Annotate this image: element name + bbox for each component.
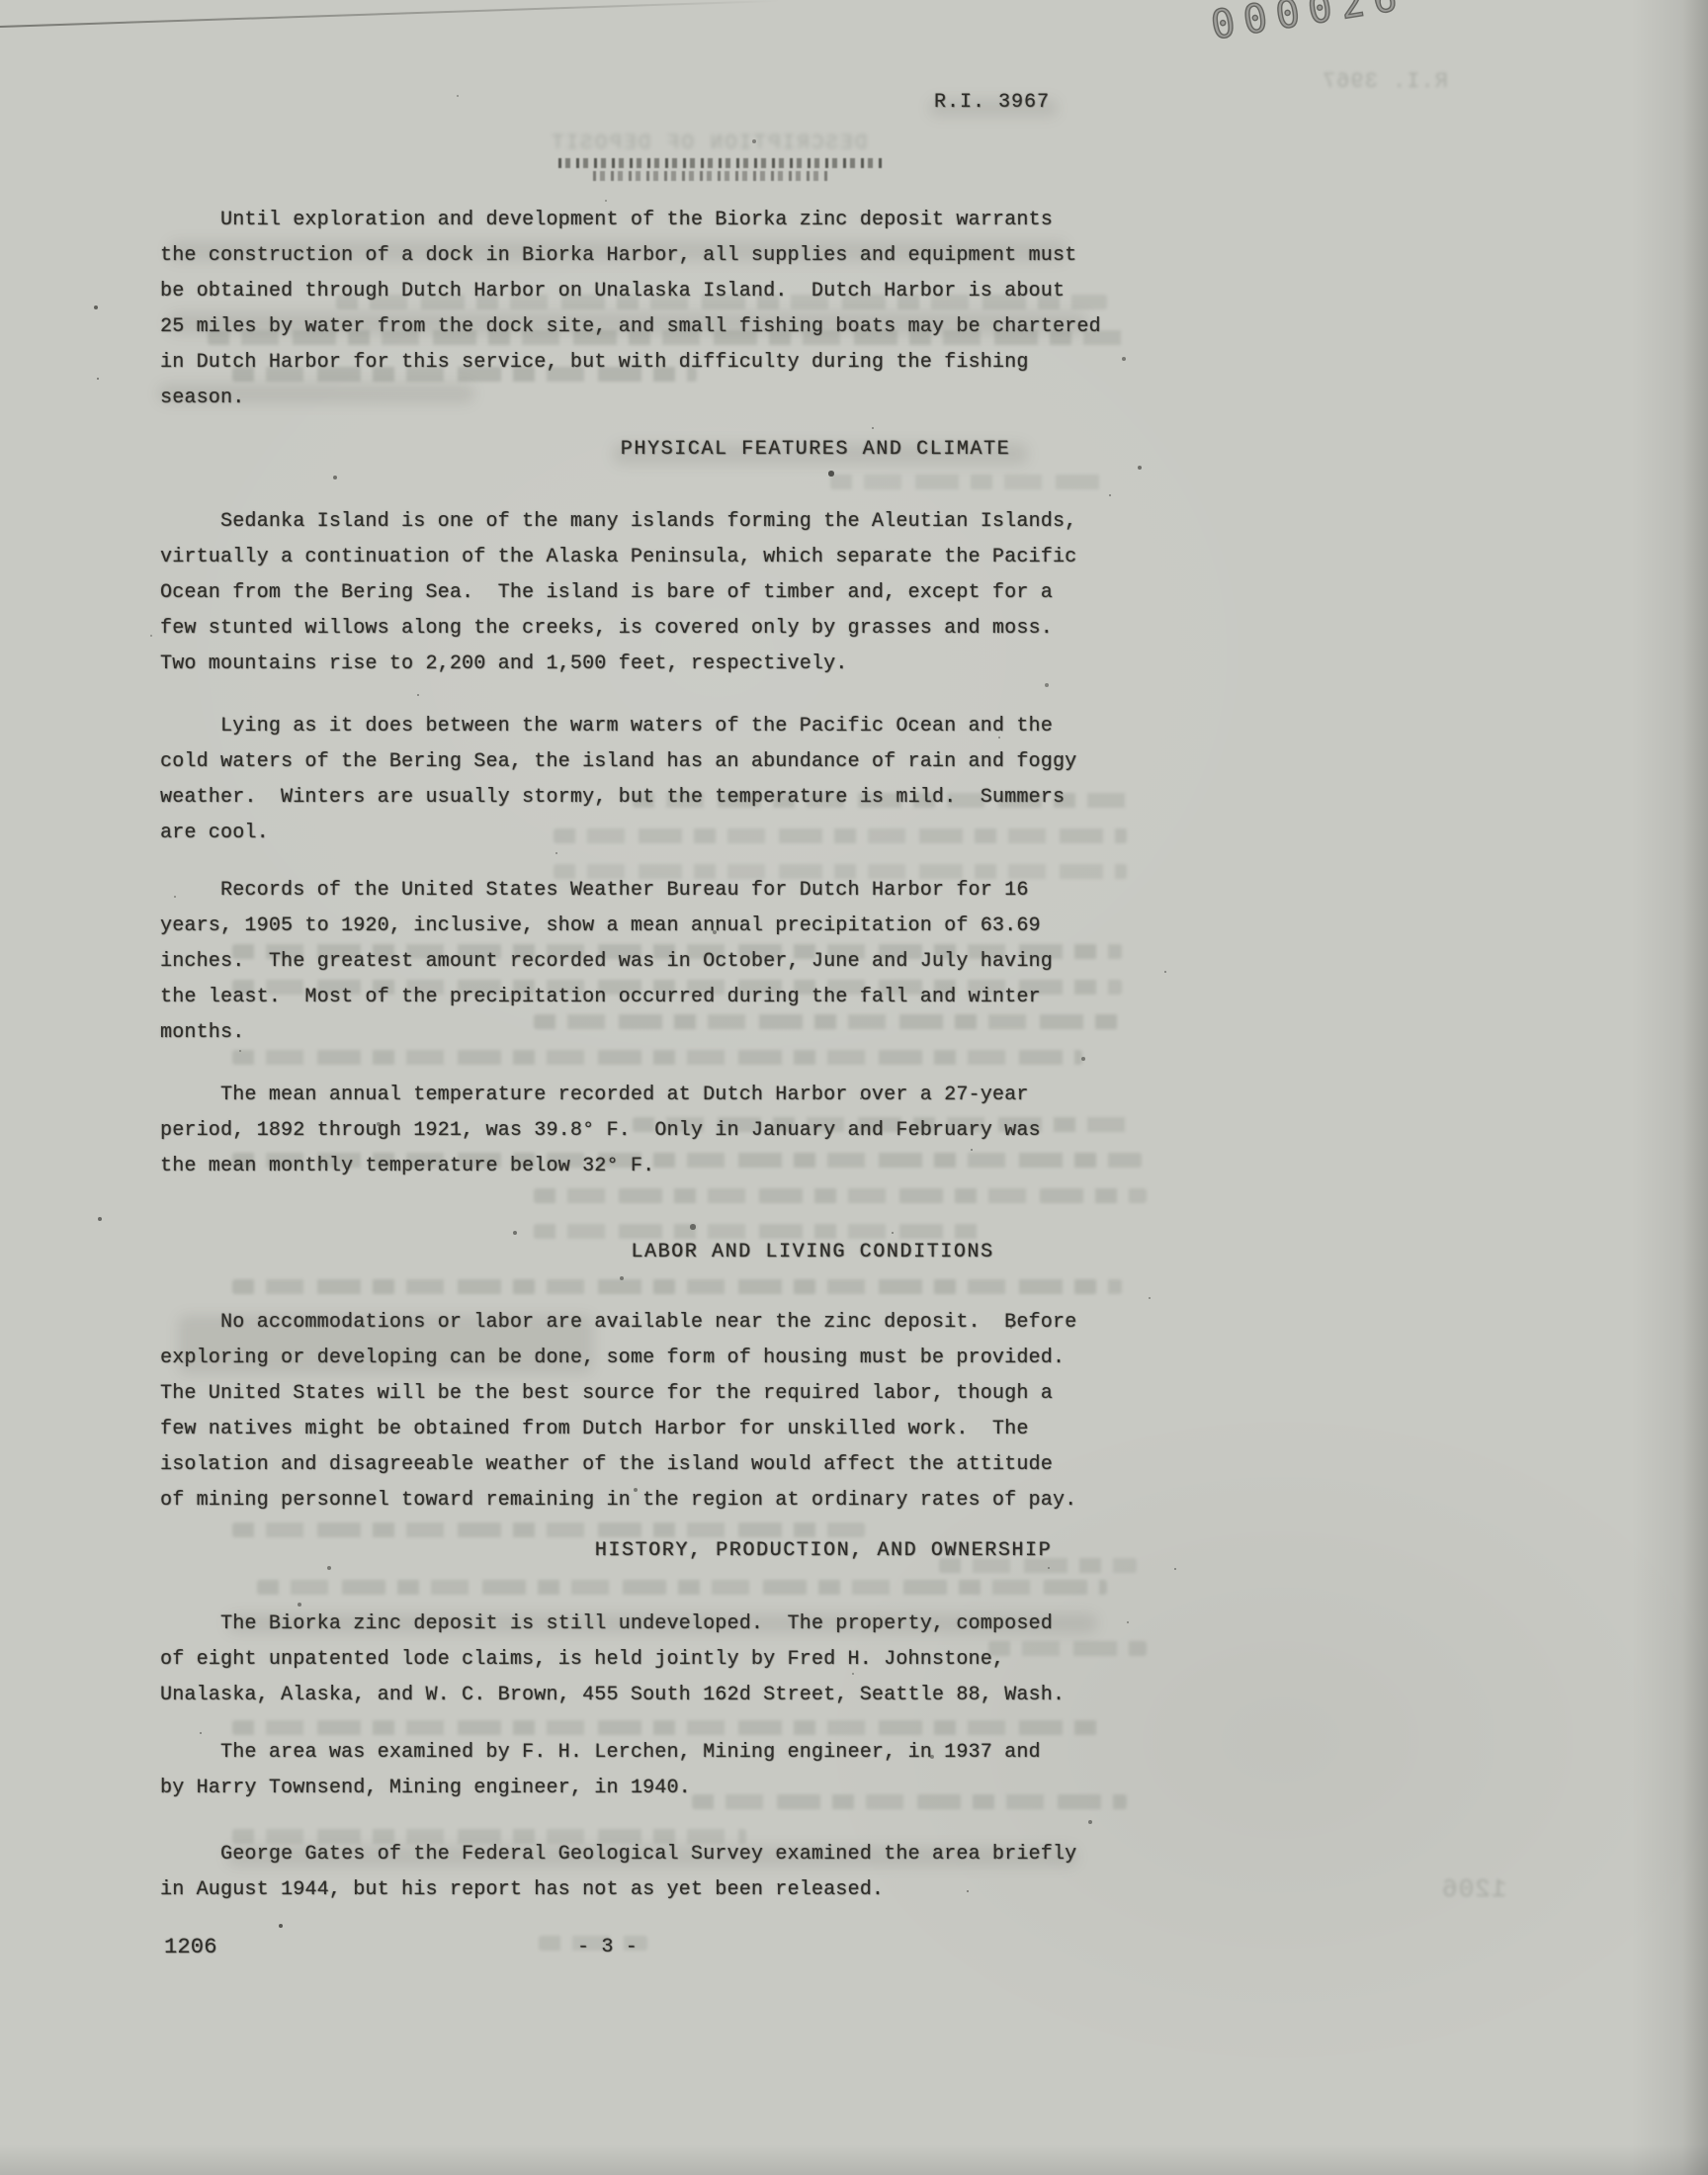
paragraph-intro: Until exploration and development of the… (160, 203, 1101, 416)
bleedthrough-smudge (534, 1224, 988, 1239)
footer-sequence-number: 1206 (164, 1930, 217, 1965)
bleedthrough-smudge (232, 1050, 1082, 1065)
footer-page-number: - 3 - (577, 1930, 638, 1965)
bleedthrough-sequence-mirrored: 1206 (1441, 1874, 1506, 1904)
bleedthrough-heading-mirrored: DESCRIPTION OF DEPOSIT (550, 132, 867, 155)
ink-specks (0, 0, 2, 2)
paragraph-labor-conditions: No accommodations or labor are available… (160, 1305, 1076, 1519)
paragraph-ownership: The Biorka zinc deposit is still undevel… (160, 1607, 1065, 1713)
bleedthrough-smudge (257, 1580, 1107, 1595)
bleedthrough-smudge (232, 1279, 1122, 1294)
report-id: R.I. 3967 (934, 85, 1050, 121)
paragraph-sedanka-island: Sedanka Island is one of the many island… (160, 504, 1076, 682)
bleedthrough-speckles (558, 158, 885, 168)
paragraph-mean-temperature: The mean annual temperature recorded at … (160, 1078, 1041, 1184)
bleedthrough-smudge (232, 1720, 1102, 1735)
stamp-serial-number: 000026 (1208, 0, 1409, 48)
bleedthrough-smudge (830, 475, 1107, 489)
section-heading-labor-living: LABOR AND LIVING CONDITIONS (631, 1240, 993, 1265)
bleedthrough-speckles (593, 171, 830, 181)
scanned-report-page: DESCRIPTION OF DEPOSIT R.I. 3967 1206 00… (0, 0, 1708, 2175)
bleedthrough-report-id-mirrored: R.I. 3967 (1322, 69, 1448, 94)
bleedthrough-smudge (534, 1188, 1147, 1203)
bleedthrough-smudge (232, 1522, 865, 1537)
scan-edge-line (0, 0, 781, 28)
paragraph-examinations: The area was examined by F. H. Lerchen, … (160, 1735, 1041, 1806)
paragraph-geological-survey: George Gates of the Federal Geological S… (160, 1837, 1076, 1908)
section-heading-history-production: HISTORY, PRODUCTION, AND OWNERSHIP (595, 1538, 1052, 1564)
paragraph-climate: Lying as it does between the warm waters… (160, 709, 1076, 851)
section-heading-physical-features: PHYSICAL FEATURES AND CLIMATE (621, 437, 1010, 463)
paragraph-precipitation-records: Records of the United States Weather Bur… (160, 873, 1053, 1051)
